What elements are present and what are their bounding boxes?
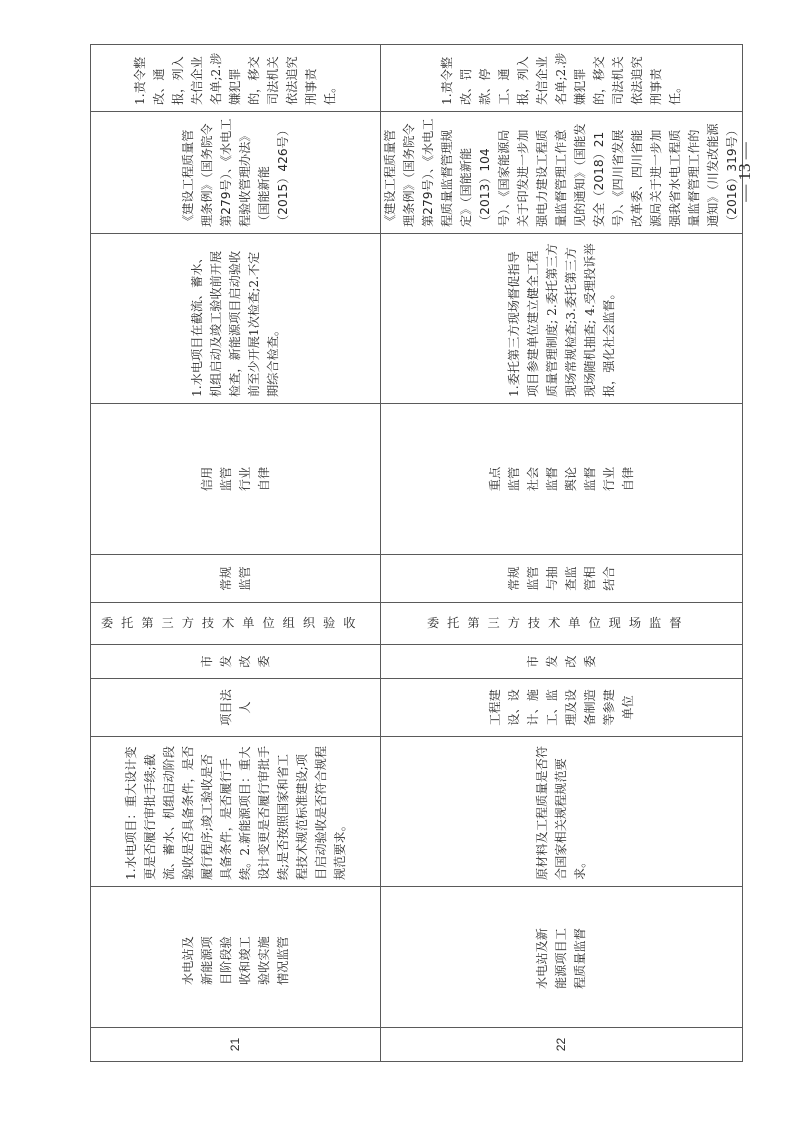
- table-row-21: 21 水电站及新能源项目阶段验收和竣工验收实施情况监管 1.水电项目：重大设计变…: [91, 45, 381, 1062]
- legal-basis: 《建设工程质量管理条例》（国务院令第279号）、《水电工程质量监督管理规定》（国…: [381, 112, 743, 234]
- row-number: 22: [381, 1028, 743, 1062]
- handling-measures: 1.责令整改、通报，列入失信企业名单;2.涉嫌犯罪的，移交司法机关依法追究刑事责…: [91, 45, 381, 112]
- supervision-mode: 重点监管社会监督舆论监督行业自律: [381, 404, 743, 555]
- supervision-measures: 1.委托第三方现场督促指导项目参建单位建立健全工程质量管理制度; 2.委托第三方…: [381, 234, 743, 404]
- page-number: — 13 —: [735, 112, 755, 232]
- supervised-subject: 项目法人: [91, 679, 381, 737]
- supervised-subject: 工程建设、设计、施工、监理及设备制造等参建单位: [381, 679, 743, 737]
- supervision-method: 委托第三方技术单位组织验收: [91, 603, 381, 645]
- handling-measures: 1.责令整改、罚款、停工、通报，列入失信企业名单;2.涉嫌犯罪的，移交司法机关依…: [381, 45, 743, 112]
- inspection-content: 原材料及工程质量是否符合国家相关规程规范要求。: [381, 737, 743, 887]
- supervision-method: 委托第三方技术单位现场监督: [381, 603, 743, 645]
- legal-basis: 《建设工程质量管理条例》（国务院令第279号）、《水电工程验收管理办法》（国能新…: [91, 112, 381, 234]
- rotated-page-table-wrapper: 21 水电站及新能源项目阶段验收和竣工验收实施情况监管 1.水电项目：重大设计变…: [90, 45, 598, 1062]
- implementing-department: 市发改委: [91, 645, 381, 679]
- supervision-item: 水电站及新能源项目阶段验收和竣工验收实施情况监管: [91, 887, 381, 1028]
- inspection-content: 1.水电项目：重大设计变更是否履行审批手续;截流、蓄水、机组启动阶段验收是否具备…: [91, 737, 381, 887]
- row-number: 21: [91, 1028, 381, 1062]
- supervision-item: 水电站及新能源项目工程质量监督: [381, 887, 743, 1028]
- supervision-table: 21 水电站及新能源项目阶段验收和竣工验收实施情况监管 1.水电项目：重大设计变…: [90, 44, 743, 1062]
- supervision-type: 常规监管与抽查监管相结合: [381, 555, 743, 603]
- table-row-22: 22 水电站及新能源项目工程质量监督 原材料及工程质量是否符合国家相关规程规范要…: [381, 45, 743, 1062]
- supervision-type: 常规监管: [91, 555, 381, 603]
- implementing-department: 市发改委: [381, 645, 743, 679]
- supervision-measures: 1.水电项目在截流、蓄水、机组启动及竣工验收前开展检查，新能源项目启动验收前至少…: [91, 234, 381, 404]
- supervision-mode: 信用监管行业自律: [91, 404, 381, 555]
